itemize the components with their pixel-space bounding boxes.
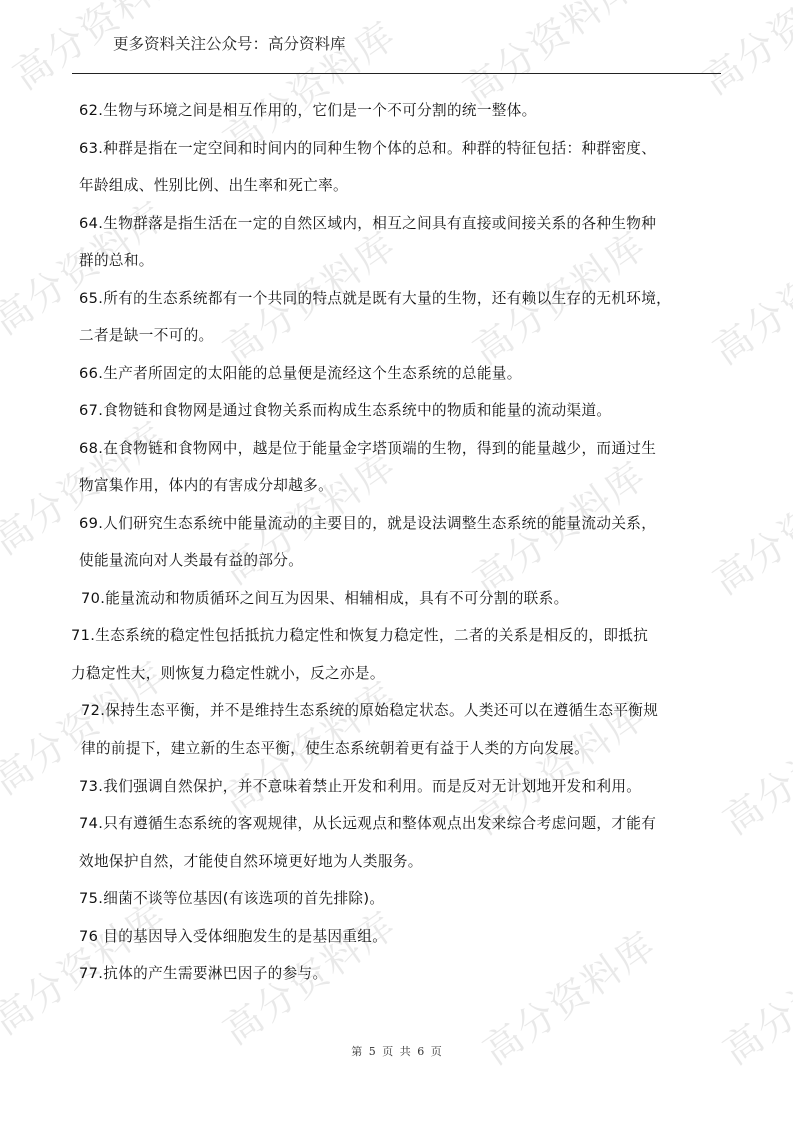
paragraph-line: 66.生产者所固定的太阳能的总量便是流经这个生态系统的总能量。 [79,362,522,383]
paragraph-line: 73.我们强调自然保护，并不意味着禁止开发和利用。而是反对无计划地开发和利用。 [79,775,641,796]
paragraph-line: 物富集作用，体内的有害成分却越多。 [79,474,333,495]
page-header: 更多资料关注公众号：高分资料库 [113,32,346,54]
paragraph-line: 63.种群是指在一定空间和时间内的同种生物个体的总和。种群的特征包括：种群密度、 [79,137,656,158]
paragraph-line: 67.食物链和食物网是通过食物关系而构成生态系统中的物质和能量的流动渠道。 [79,399,611,420]
paragraph-line: 75.细菌不谈等位基因(有该选项的首先排除)。 [79,887,384,908]
paragraph-line: 62.生物与环境之间是相互作用的，它们是一个不可分割的统一整体。 [79,99,537,120]
watermark: 高分资料库 [450,0,645,115]
paragraph-line: 年龄组成、性别比例、出生率和死亡率。 [79,174,348,195]
paragraph-line: 律的前提下，建立新的生态平衡，使生态系统朝着更有益于人类的方向发展。 [81,737,589,758]
paragraph-line: 70.能量流动和物质循环之间互为因果、相辅相成，具有不可分割的联系。 [81,587,569,608]
paragraph-line: 76 目的基因导入受体细胞发生的是基因重组。 [79,925,387,946]
paragraph-line: 74.只有遵循生态系统的客观规律，从长远观点和整体观点出发来综合考虑问题，才能有 [79,812,656,833]
paragraph-line: 力稳定性大，则恢复力稳定性就小，反之亦是。 [71,662,385,683]
paragraph-line: 群的总和。 [79,249,154,270]
paragraph-line: 二者是缺一不可的。 [79,324,214,345]
paragraph-line: 69.人们研究生态系统中能量流动的主要目的，就是设法调整生态系统的能量流动关系， [79,512,656,533]
watermark: 高分资料库 [710,685,793,845]
paragraph-line: 64.生物群落是指生活在一定的自然区域内，相互之间具有直接或间接关系的各种生物种 [79,212,656,233]
watermark: 高分资料库 [700,215,793,375]
page-footer: 第 5 页 共 6 页 [0,1043,793,1059]
paragraph-line: 65.所有的生态系统都有一个共同的特点就是既有大量的生物，还有赖以生存的无机环境… [79,287,671,308]
paragraph-line: 使能量流向对人类最有益的部分。 [79,549,303,570]
paragraph-line: 68.在食物链和食物网中，越是位于能量金字塔顶端的生物，得到的能量越少，而通过生 [79,437,656,458]
header-divider [72,73,721,74]
watermark: 高分资料库 [700,445,793,605]
paragraph-line: 72.保持生态平衡，并不是维持生态系统的原始稳定状态。人类还可以在遵循生态平衡规 [81,699,658,720]
paragraph-line: 71.生态系统的稳定性包括抵抗力稳定性和恢复力稳定性，二者的关系是相反的，即抵抗 [71,624,648,645]
paragraph-line: 效地保护自然，才能使自然环境更好地为人类服务。 [79,850,423,871]
paragraph-line: 77.抗体的产生需要淋巴因子的参与。 [79,962,327,983]
watermark: 高分资料库 [690,0,793,105]
